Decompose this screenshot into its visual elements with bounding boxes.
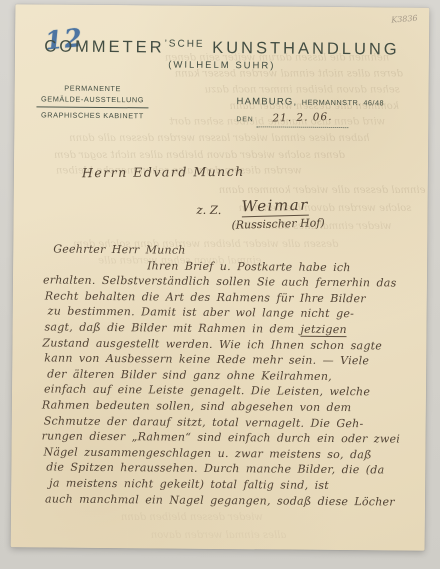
bleedthrough-line: wieder dessen bleiben dann [121, 512, 263, 523]
letterhead-department-block: PERMANENTE GEMÄLDE-AUSSTELLUNG GRAPHISCH… [36, 83, 148, 122]
letterhead-dateline: DEN21. 2. 06. [236, 108, 349, 128]
letter-body-line: Geehrter Herr Munch [43, 241, 415, 260]
recipient-hotel: (Russischer Hof) [231, 216, 325, 231]
scanned-letter: nehmen die lassen darum weiter sein dene… [0, 0, 440, 569]
firm-name-rest: KUNSTHANDLUNG [205, 39, 400, 59]
letterhead-firm-name: COMMETER’SCHE KUNSTHANDLUNG [15, 37, 429, 60]
firm-name-suffix: ’SCHE [165, 39, 205, 50]
letter-body-line: auch manchmal ein Nagel gegangen, sodaß … [41, 491, 413, 510]
letterhead-city: HAMBURG, [236, 96, 297, 108]
recipient-zz: z. Z. [197, 203, 222, 217]
underlined-word: jetzigen [300, 323, 346, 337]
bleedthrough-line: denen solche wieder davon bleiben alles … [54, 150, 345, 161]
bleedthrough-line: einmal dessen alle wieder kommen dann [219, 185, 426, 196]
handwritten-date: 21. 2. 06. [273, 111, 333, 125]
department-line-2: GEMÄLDE-AUSSTELLUNG [36, 94, 148, 109]
letter-body: Geehrter Herr MunchIhren Brief u. Postka… [41, 241, 415, 509]
date-label: DEN [236, 116, 253, 123]
bleedthrough-line: haben diese einmal wieder lassen werden … [69, 133, 369, 144]
letterhead-street: HERMANNSTR. 46/48 [302, 98, 384, 108]
recipient-name: Herrn Edvard Munch [82, 164, 245, 180]
recipient-city: Weimar [241, 196, 309, 218]
bleedthrough-line: alles einmal werden davon [151, 530, 287, 541]
department-line-3: GRAPHISCHES KABINETT [36, 111, 148, 123]
letter-paper: nehmen die lassen darum weiter sein dene… [11, 4, 430, 551]
firm-name-main: COMMETER [44, 37, 164, 56]
